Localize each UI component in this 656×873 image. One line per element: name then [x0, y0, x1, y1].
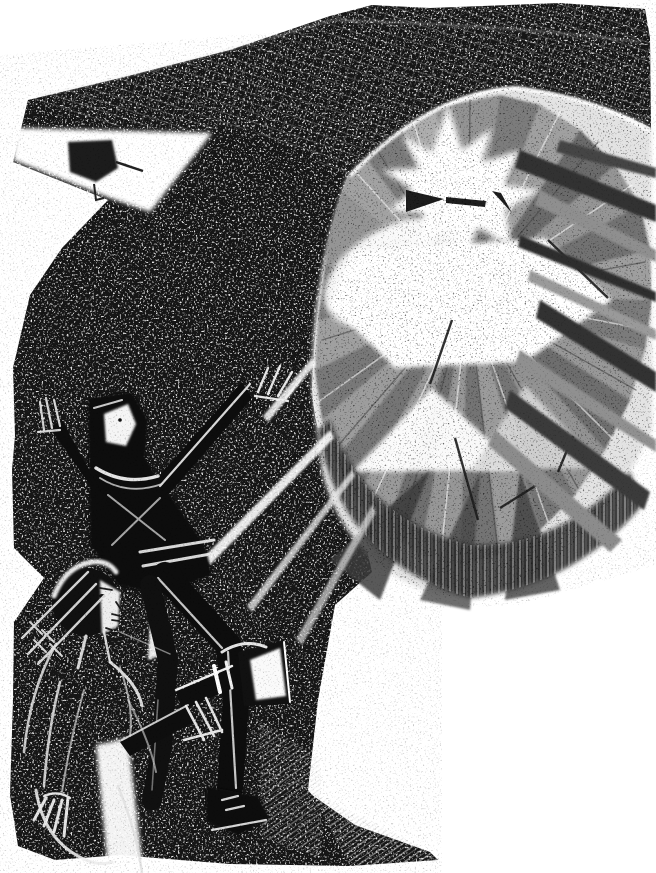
illustration-canvas [0, 0, 656, 873]
illustration-svg [0, 0, 656, 873]
